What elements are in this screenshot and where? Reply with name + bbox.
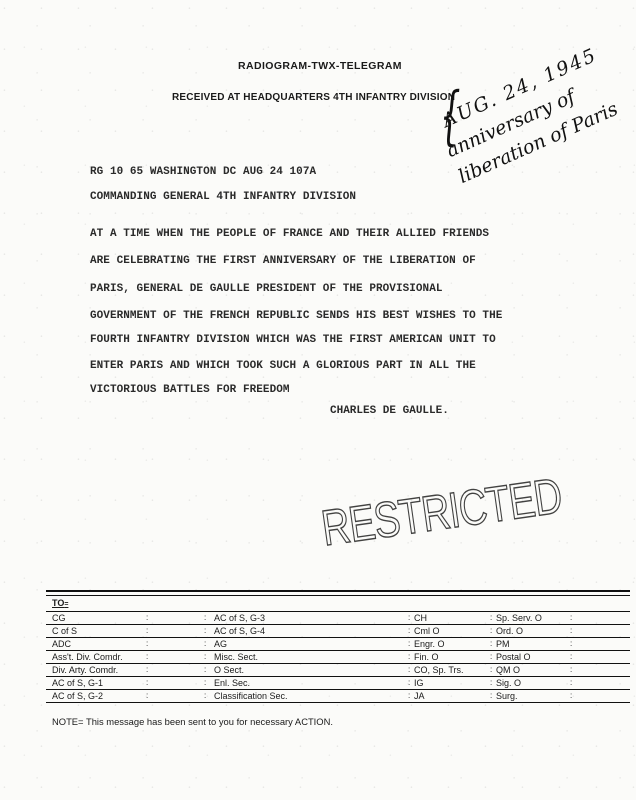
body-line: FOURTH INFANTRY DIVISION WHICH WAS THE F… [90, 334, 496, 346]
routing-cell: Sig. O [490, 677, 570, 690]
routing-cell: O Sect. [204, 664, 408, 677]
body-line: ENTER PARIS AND WHICH TOOK SUCH A GLORIO… [90, 360, 476, 372]
routing-cell: Sp. Serv. O [490, 612, 570, 625]
routing-cell: Classification Sec. [204, 690, 408, 703]
to-label: TO= [46, 596, 630, 611]
routing-cell: Misc. Sect. [204, 651, 408, 664]
routing-cell: CH [408, 612, 490, 625]
blank-cell [570, 690, 630, 703]
routing-cell: IG [408, 677, 490, 690]
routing-cell: CG [46, 612, 146, 625]
body-line: AT A TIME WHEN THE PEOPLE OF FRANCE AND … [90, 228, 489, 240]
action-note: NOTE= This message has been sent to you … [52, 716, 333, 727]
blank-cell [570, 612, 630, 625]
blank-cell [570, 651, 630, 664]
routing-cell: AC of S, G-2 [46, 690, 146, 703]
blank-cell [570, 625, 630, 638]
routing-line: RG 10 65 WASHINGTON DC AUG 24 107A [90, 166, 316, 178]
blank-cell [570, 677, 630, 690]
restricted-stamp: RESTRICTED [318, 466, 565, 557]
blank-cell [146, 690, 204, 703]
routing-cell: Enl. Sec. [204, 677, 408, 690]
routing-cell: C of S [46, 625, 146, 638]
routing-cell: Ass't. Div. Comdr. [46, 651, 146, 664]
routing-cell: Surg. [490, 690, 570, 703]
addressee-line: COMMANDING GENERAL 4TH INFANTRY DIVISION [90, 191, 356, 203]
routing-cell: CO, Sp. Trs. [408, 664, 490, 677]
routing-cell: ADC [46, 638, 146, 651]
routing-cell: JA [408, 690, 490, 703]
body-line: PARIS, GENERAL DE GAULLE PRESIDENT OF TH… [90, 283, 443, 295]
routing-cell: Postal O [490, 651, 570, 664]
routing-cell: AC of S, G-4 [204, 625, 408, 638]
routing-cell: Fin. O [408, 651, 490, 664]
routing-row: AC of S, G-1Enl. Sec.IGSig. O [46, 677, 630, 690]
routing-row: CGAC of S, G-3CHSp. Serv. O [46, 612, 630, 625]
blank-cell [146, 638, 204, 651]
routing-cell: Ord. O [490, 625, 570, 638]
routing-cell: Cml O [408, 625, 490, 638]
routing-cell: QM O [490, 664, 570, 677]
routing-cell: AC of S, G-3 [204, 612, 408, 625]
blank-cell [146, 664, 204, 677]
handwritten-annotation: { AUG. 24, 1945 anniversary of liberatio… [430, 70, 636, 180]
body-line: GOVERNMENT OF THE FRENCH REPUBLIC SENDS … [90, 310, 502, 322]
blank-cell [570, 664, 630, 677]
signature: CHARLES DE GAULLE. [330, 405, 449, 417]
routing-cell: Div. Arty. Comdr. [46, 664, 146, 677]
routing-cell: AC of S, G-1 [46, 677, 146, 690]
blank-cell [146, 612, 204, 625]
body-line: VICTORIOUS BATTLES FOR FREEDOM [90, 384, 290, 396]
body-line: ARE CELEBRATING THE FIRST ANNIVERSARY OF… [90, 255, 476, 267]
routing-row: Ass't. Div. Comdr.Misc. Sect.Fin. OPosta… [46, 651, 630, 664]
routing-cell: Engr. O [408, 638, 490, 651]
routing-row: C of SAC of S, G-4Cml OOrd. O [46, 625, 630, 638]
routing-table: TO= CGAC of S, G-3CHSp. Serv. OC of SAC … [46, 590, 630, 703]
routing-cell: AG [204, 638, 408, 651]
blank-cell [146, 677, 204, 690]
routing-cell: PM [490, 638, 570, 651]
routing-row: AC of S, G-2Classification Sec.JASurg. [46, 690, 630, 703]
routing-row: Div. Arty. Comdr.O Sect.CO, Sp. Trs.QM O [46, 664, 630, 677]
distribution-grid: CGAC of S, G-3CHSp. Serv. OC of SAC of S… [46, 611, 630, 703]
blank-cell [570, 638, 630, 651]
routing-row: ADCAGEngr. OPM [46, 638, 630, 651]
form-subtitle: RECEIVED AT HEADQUARTERS 4TH INFANTRY DI… [172, 92, 455, 103]
form-title: RADIOGRAM-TWX-TELEGRAM [238, 60, 402, 72]
blank-cell [146, 651, 204, 664]
blank-cell [146, 625, 204, 638]
